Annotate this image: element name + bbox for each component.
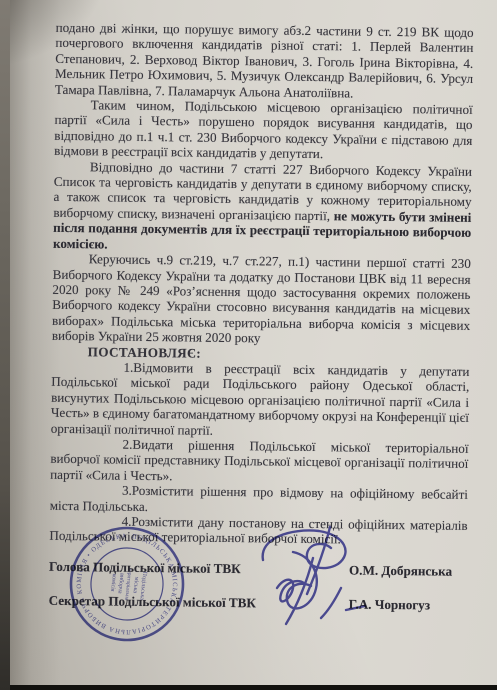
paragraph-legal-basis: Відповідно до частини 7 статті 227 Вибор… [53, 158, 472, 256]
stamp-center-line: Подільська [138, 571, 147, 600]
handwritten-signatures-icon [233, 520, 383, 632]
round-stamp-icon: ПОДІЛЬСЬКА МІСЬКА ТЕРИТОРІАЛЬНА ВИБОРЧА … [65, 522, 189, 646]
paragraph-continuation: подано дві жінки, що порушує вимогу абз.… [55, 20, 474, 102]
scanned-document-photo: { "document": { "paragraphs": { "p1": "п… [0, 0, 497, 690]
stamp-center-line: виборча [116, 573, 125, 595]
document-page: подано дві жінки, що порушує вимогу абз.… [9, 0, 497, 685]
resolution-item-3: 3.Розмістити рішення про відмову на офіц… [50, 482, 468, 518]
item-number: 1. [87, 359, 133, 375]
resolution-item-1: 1.Відмовити в реєстрації всіх кандидатів… [51, 359, 470, 441]
resolution-item-2: 2.Видати рішення Подільської міської тер… [50, 436, 469, 487]
paragraph-preamble: Керуючись ч.9 ст.219, ч.7 ст.227, п.1) ч… [52, 251, 471, 349]
stamp-center-line: міська [132, 576, 140, 593]
item-number: 2. [86, 436, 132, 452]
item-number: 3. [86, 482, 132, 498]
paragraph-conclusion: Таким чином, Подільською місцевою органі… [54, 97, 473, 164]
photo-left-edge-shadow [0, 0, 10, 690]
stamp-center-line: комісія [109, 573, 117, 592]
